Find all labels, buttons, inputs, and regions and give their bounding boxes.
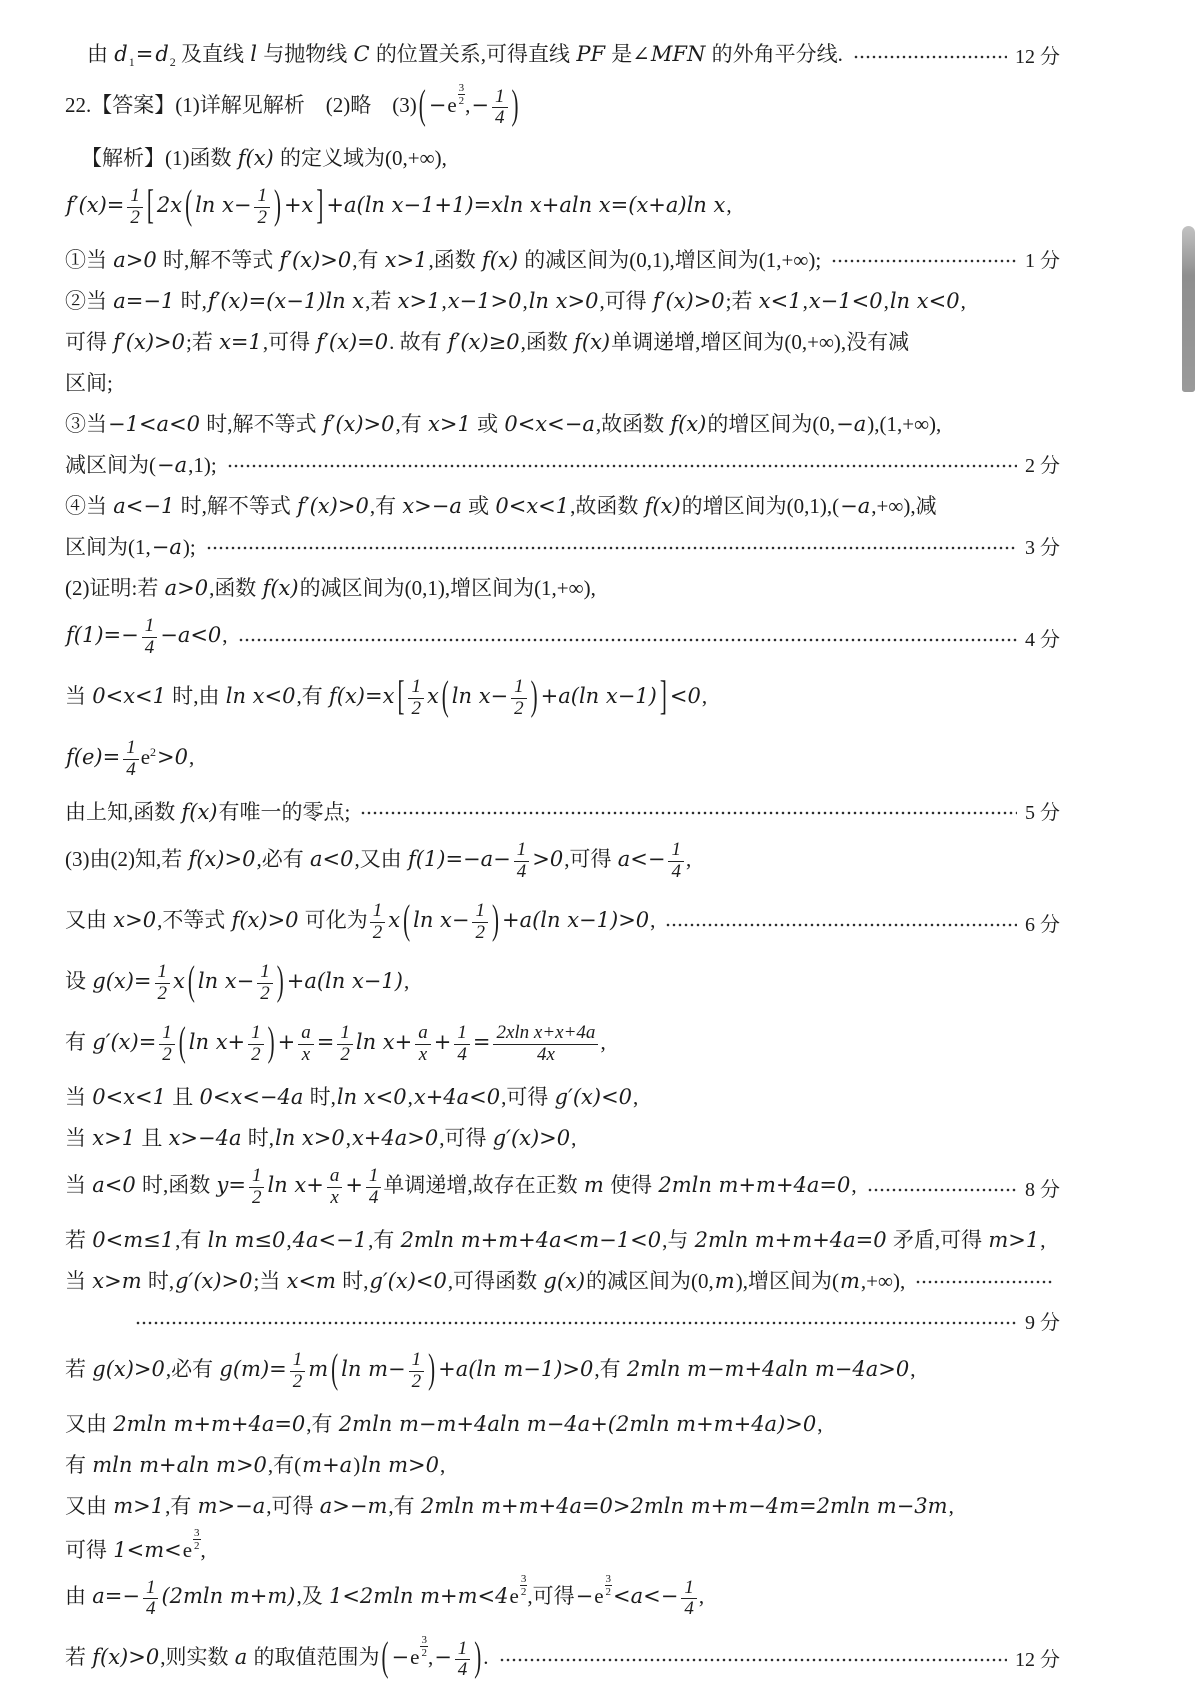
math-run: 2mln m+m+4a=0>2mln m+m−4m=2mln m−3m: [420, 1494, 949, 1518]
solution-line: 当 0<x<1 时,由 ln x<0,有 f(x)=x[12x(ln x−12)…: [65, 668, 1060, 729]
text-run: ,+∞),: [861, 1269, 905, 1293]
math-run: +: [433, 1030, 453, 1054]
math-run: m>−a: [197, 1494, 267, 1518]
fraction: 12: [511, 677, 527, 719]
math-run: ln x−: [451, 684, 509, 708]
text-run: ,: [404, 969, 409, 993]
fraction: 12: [254, 186, 270, 228]
text-run: 由: [65, 1584, 91, 1608]
text-run: ,: [201, 1538, 206, 1562]
math-run: ln x<0: [336, 1085, 408, 1109]
text-run: ,有: [396, 412, 428, 436]
line-content: 当 0<x<1 且 0<x<−4a 时,ln x<0,x+4a<0,可得 g′(…: [65, 1081, 638, 1111]
text-run: 当: [65, 684, 91, 708]
math-run: f(1)=−a−: [407, 847, 512, 871]
math-run: g(x): [542, 1269, 586, 1293]
math-run: e: [183, 1538, 192, 1562]
math-run: f′(x)>0: [112, 330, 186, 354]
text-run: 若: [65, 1645, 91, 1669]
math-run: g′(x)<0: [554, 1085, 633, 1109]
text-run: . 故有: [389, 330, 447, 354]
big-delimiter: [: [397, 672, 404, 721]
math-run: −: [575, 1584, 595, 1608]
math-run: a<0: [91, 1173, 136, 1197]
math-run: 2mln m+m+4a=0: [112, 1412, 306, 1436]
math-run: +: [277, 1030, 297, 1054]
math-run: x>1: [427, 412, 472, 436]
math-run: f′(x)>0: [296, 494, 370, 518]
text-run: 单调递增,故存在正数: [383, 1173, 583, 1197]
line-content: ④当 a<−1 时,解不等式 f′(x)>0,有 x>−a 或 0<x<1,故函…: [65, 490, 937, 520]
dotted-leader: [831, 254, 1017, 268]
text-run: ,若: [365, 289, 397, 313]
line-content: 由 a=−14(2mln m+m),及 1<2mln m+m<4e32,可得−e…: [65, 1573, 704, 1619]
solution-line: 若 g(x)>0,必有 g(m)=12m(ln m−12)+a(ln m−1)>…: [65, 1341, 1060, 1402]
text-run: 区间为(1,: [65, 535, 151, 559]
big-delimiter: ): [492, 896, 499, 945]
gray-scan-bar: [1182, 226, 1195, 392]
solution-line: f(1)=−14−a<0,4 分: [65, 607, 1060, 668]
text-run: 由上知,函数: [65, 800, 181, 824]
text-run: ,故函数: [596, 412, 670, 436]
text-run: 当: [65, 1173, 91, 1197]
math-run: +a(ln x−1)>0: [501, 908, 650, 932]
text-run: ④当: [65, 494, 112, 518]
text-run: 【答案】(1)详解见解析 (2)略 (3): [91, 93, 416, 117]
solution-line: 由上知,函数 f(x)有唯一的零点;5 分: [65, 790, 1060, 831]
math-run: <a<−: [612, 1584, 679, 1608]
math-run: 0<m≤1: [91, 1228, 175, 1252]
text-run: 或: [463, 494, 495, 518]
math-run: f(x): [237, 146, 275, 170]
math-run: x+4a<0: [413, 1085, 501, 1109]
text-run: ,可得: [439, 1126, 492, 1150]
fraction: 14: [455, 1639, 471, 1681]
math-run: +: [344, 1173, 364, 1197]
text-run: ,: [440, 1453, 445, 1477]
math-run: f(x): [481, 248, 519, 272]
math-run: x−1>0: [447, 289, 523, 313]
math-run: f′(x)>0: [278, 248, 352, 272]
math-run: f(x)>0: [231, 908, 300, 932]
line-content: (3)由(2)知,若 f(x)>0,必有 a<0,又由 f(1)=−a−14>0…: [65, 840, 691, 882]
fraction: ax: [327, 1166, 343, 1208]
math-run: a<−: [617, 847, 667, 871]
dotted-leader: [665, 918, 1017, 932]
math-run: f(x): [644, 494, 682, 518]
big-delimiter: (: [331, 1345, 338, 1394]
fraction: 12: [248, 1023, 264, 1065]
text-run: 的外角平分线.: [706, 42, 843, 66]
solution-line: 又由 m>1,有 m>−a,可得 a>−m,有 2mln m+m+4a=0>2m…: [65, 1484, 1060, 1525]
math-run: ln x>0: [274, 1126, 346, 1150]
math-run: a<−1: [112, 494, 175, 518]
math-run: −a: [839, 494, 871, 518]
solution-line: 区间为(1,−a);3 分: [65, 525, 1060, 566]
math-run: PF: [575, 42, 606, 66]
solution-line: (2)证明:若 a>0,函数 f(x)的减区间为(0,1),增区间为(1,+∞)…: [65, 566, 1060, 607]
math-run: l: [249, 42, 258, 66]
text-run: 的减区间为(0,1),增区间为(1,+∞);: [519, 248, 821, 272]
text-run: .: [483, 1645, 488, 1669]
solution-line: 又由 2mln m+m+4a=0,有 2mln m−m+4aln m−4a+(2…: [65, 1402, 1060, 1443]
superscript-fraction: 32: [605, 1573, 613, 1598]
solution-line: ①当 a>0 时,解不等式 f′(x)>0,有 x>1,函数 f(x) 的减区间…: [65, 238, 1060, 279]
solution-line: f′(x)=12[2x(ln x−12)+x]+a(ln x−1+1)=xln …: [65, 177, 1060, 238]
math-run: ln x>0: [528, 289, 600, 313]
math-run: m+a: [301, 1453, 353, 1477]
math-run: x<1: [758, 289, 803, 313]
text-run: 又由: [65, 1494, 112, 1518]
fraction: 12: [408, 677, 424, 719]
solution-line: 由 a=−14(2mln m+m),及 1<2mln m+m<4e32,可得−e…: [65, 1566, 1060, 1627]
math-run: g′(x)=: [91, 1030, 157, 1054]
text-run: ,故函数: [570, 494, 644, 518]
text-run: 使得: [605, 1173, 658, 1197]
solution-line: 可得 f′(x)>0;若 x=1,可得 f′(x)=0. 故有 f′(x)≥0,…: [65, 320, 1060, 361]
math-run: 2mln m+m+4a<m−1<0: [400, 1228, 663, 1252]
math-run: C: [352, 42, 370, 66]
text-run: 若: [65, 1228, 91, 1252]
text-run: ,: [571, 1126, 576, 1150]
text-run: ,: [633, 1085, 638, 1109]
math-run: f(x): [573, 330, 611, 354]
math-run: g′(x)>0: [174, 1269, 253, 1293]
text-run: 【解析】(1)函数: [81, 146, 237, 170]
solution-text-block: 由 d1=d2 及直线 l 与抛物线 C 的位置关系,可得直线 PF 是∠MFN…: [65, 34, 1060, 1688]
text-run: 又由: [65, 1412, 112, 1436]
line-content: 可得 f′(x)>0;若 x=1,可得 f′(x)=0. 故有 f′(x)≥0,…: [65, 326, 909, 356]
math-run: ln m≤0: [207, 1228, 287, 1252]
line-content: 又由 2mln m+m+4a=0,有 2mln m−m+4aln m−4a+(2…: [65, 1408, 822, 1438]
score-label: 4 分: [1025, 623, 1060, 652]
dotted-leader: [915, 1275, 1052, 1289]
math-run: a=−1: [112, 289, 175, 313]
math-run: ln x<0: [889, 289, 961, 313]
math-run: −: [391, 1645, 411, 1669]
text-run: ,可得: [266, 1494, 319, 1518]
fraction: 12: [127, 186, 143, 228]
line-content: 有 g′(x)=12(ln x+12)+ax=12ln x+ax+14=2xln…: [65, 1023, 606, 1065]
text-run: 单调递增,增区间为(0,+∞),没有减: [611, 330, 909, 354]
solution-line: 可得 1<m<e32,: [65, 1525, 1060, 1566]
solution-line: 有 g′(x)=12(ln x+12)+ax=12ln x+ax+14=2xln…: [65, 1014, 1060, 1075]
math-run: mln m+aln m>0: [91, 1453, 268, 1477]
solution-line: ④当 a<−1 时,解不等式 f′(x)>0,有 x>−a 或 0<x<1,故函…: [65, 484, 1060, 525]
text-run: ,有: [352, 248, 384, 272]
math-run: ln x−: [197, 969, 255, 993]
big-delimiter: ): [531, 672, 538, 721]
text-run: 有: [65, 1030, 91, 1054]
big-delimiter: ): [474, 1634, 481, 1683]
solution-line: 若 f(x)>0,则实数 a 的取值范围为(−e32,−14).12 分: [65, 1627, 1060, 1688]
math-run: f(x): [669, 412, 707, 436]
math-run: x>−a: [401, 494, 463, 518]
math-run: 2mln m+m+4a=0: [657, 1173, 851, 1197]
math-run: e: [510, 1584, 519, 1608]
dotted-leader: [238, 633, 1017, 647]
math-run: e: [141, 745, 150, 769]
math-run: 2x: [156, 193, 183, 217]
solution-line: ③当−1<a<0 时,解不等式 f′(x)>0,有 x>1 或 0<x<−a,故…: [65, 402, 1060, 443]
solution-line: ②当 a=−1 时,f′(x)=(x−1)ln x,若 x>1,x−1>0,ln…: [65, 279, 1060, 320]
text-run: ,函数: [521, 330, 574, 354]
line-content: 设 g(x)=12x(ln x−12)+a(ln x−1),: [65, 962, 409, 1004]
math-run: x+4a>0: [351, 1126, 439, 1150]
text-run: ,可得: [263, 330, 316, 354]
math-run: MFN: [650, 42, 706, 66]
text-run: ,有(: [268, 1453, 301, 1477]
line-content: 当 x>1 且 x>−4a 时,ln x>0,x+4a>0,可得 g′(x)>0…: [65, 1122, 576, 1152]
big-delimiter: ]: [660, 672, 667, 721]
fraction: 12: [337, 1023, 353, 1065]
math-run: x<m: [286, 1269, 337, 1293]
line-content: (2)证明:若 a>0,函数 f(x)的减区间为(0,1),增区间为(1,+∞)…: [65, 572, 596, 602]
fraction: 12: [159, 1023, 175, 1065]
score-label: 12 分: [1015, 1643, 1060, 1672]
fraction: 14: [366, 1166, 382, 1208]
text-run: ,: [910, 1357, 915, 1381]
math-run: +x: [283, 193, 314, 217]
math-run: x: [172, 969, 186, 993]
math-run: 2mln m−m+4aln m−4a+(2mln m+m+4a)>0: [338, 1412, 817, 1436]
line-content: 区间为(1,−a);: [65, 531, 196, 561]
text-run: 的位置关系,可得直线: [371, 42, 576, 66]
score-label: 6 分: [1025, 908, 1060, 937]
text-run: ,: [702, 684, 707, 708]
text-run: ,必有: [166, 1357, 219, 1381]
math-run: ln x<0: [225, 684, 297, 708]
math-run: e: [447, 93, 456, 117]
text-run: ),增区间为(: [736, 1269, 839, 1293]
math-run: f(x)>0: [91, 1645, 160, 1669]
line-content: f(e)=14e2>0,: [65, 738, 194, 780]
math-run: f(x): [181, 800, 219, 824]
line-content: 由 d1=d2 及直线 l 与抛物线 C 的位置关系,可得直线 PF 是∠MFN…: [87, 38, 843, 70]
big-delimiter: (: [419, 82, 426, 131]
solution-line: 22.【答案】(1)详解见解析 (2)略 (3)(−e32,−14): [65, 75, 1060, 136]
math-run: a: [234, 1645, 249, 1669]
dotted-leader: [867, 1183, 1017, 1197]
superscript-fraction: 32: [420, 1634, 428, 1659]
fraction: 14: [123, 738, 139, 780]
text-run: 当: [65, 1269, 91, 1293]
text-run: (2)证明:若: [65, 576, 164, 600]
solution-line: 当 0<x<1 且 0<x<−4a 时,ln x<0,x+4a<0,可得 g′(…: [65, 1075, 1060, 1116]
math-run: ln x−: [412, 908, 470, 932]
line-content: 有 mln m+aln m>0,有(m+a)ln m>0,: [65, 1449, 445, 1479]
text-run: 及直线: [176, 42, 250, 66]
math-run: 0<x<−a: [503, 412, 596, 436]
math-run: =: [316, 1030, 336, 1054]
text-run: 的增区间为(0,: [707, 412, 835, 436]
math-run: 0<x<1: [494, 494, 570, 518]
math-run: >0: [531, 847, 564, 871]
math-run: f(x): [262, 576, 300, 600]
fraction: 14: [143, 1578, 159, 1620]
text-run: 是∠: [606, 42, 650, 66]
solution-line: f(e)=14e2>0,: [65, 729, 1060, 790]
big-delimiter: (: [188, 957, 195, 1006]
math-run: x>1: [91, 1126, 136, 1150]
math-run: ln m>0: [360, 1453, 440, 1477]
math-run: x>1: [384, 248, 429, 272]
text-run: );: [183, 535, 196, 559]
text-run: ;若: [726, 289, 758, 313]
text-run: 设: [65, 969, 91, 993]
text-run: ,必有: [256, 847, 309, 871]
text-run: ,与: [662, 1228, 694, 1252]
math-run: m>1: [112, 1494, 165, 1518]
score-label: 5 分: [1025, 796, 1060, 825]
dotted-leader: [499, 1653, 1007, 1667]
math-run: −: [428, 93, 448, 117]
math-run: m: [714, 1269, 736, 1293]
text-run: ,1);: [188, 453, 217, 477]
math-run: f′(x)=: [65, 193, 125, 217]
fraction: 14: [514, 840, 530, 882]
math-run: x−1<0: [808, 289, 884, 313]
math-run: g′(x)>0: [492, 1126, 571, 1150]
solution-line: 区间;: [65, 361, 1060, 402]
math-run: g(x)=: [91, 969, 152, 993]
text-run: ;当: [254, 1269, 286, 1293]
text-run: ,: [949, 1494, 954, 1518]
text-run: 时,: [337, 1269, 369, 1293]
text-run: 又由: [65, 908, 112, 932]
text-run: 且: [167, 1085, 199, 1109]
solution-line: 若 0<m≤1,有 ln m≤0,4a<−1,有 2mln m+m+4a<m−1…: [65, 1218, 1060, 1259]
math-run: e: [594, 1584, 603, 1608]
text-run: 减区间为(: [65, 453, 156, 477]
solution-line: 当 x>m 时,g′(x)>0;当 x<m 时,g′(x)<0,可得函数 g(x…: [65, 1259, 1060, 1300]
text-run: 由: [87, 42, 113, 66]
fraction: 12: [290, 1350, 306, 1392]
math-run: m: [583, 1173, 605, 1197]
text-run: ,可得函数: [448, 1269, 543, 1293]
solution-line: 当 a<0 时,函数 y=12ln x+ax+14单调递增,故存在正数 m 使得…: [65, 1157, 1060, 1218]
math-run: m>1: [987, 1228, 1040, 1252]
text-run: 或: [472, 412, 504, 436]
math-run: x: [426, 684, 440, 708]
text-run: ,: [726, 193, 731, 217]
line-content: 可得 1<m<e32,: [65, 1527, 206, 1564]
text-run: 的减区间为(0,1),增区间为(1,+∞),: [300, 576, 596, 600]
score-label: 3 分: [1025, 531, 1060, 560]
subscript: 1: [129, 56, 135, 70]
text-run: ),(1,+∞),: [867, 412, 941, 436]
text-run: 区间;: [65, 371, 113, 395]
text-run: 22.: [65, 93, 91, 117]
fraction: 12: [370, 901, 386, 943]
big-delimiter: ): [277, 957, 284, 1006]
line-content: f′(x)=12[2x(ln x−12)+x]+a(ln x−1+1)=xln …: [65, 186, 732, 228]
text-run: ,函数: [209, 576, 262, 600]
solution-line: 有 mln m+aln m>0,有(m+a)ln m>0,: [65, 1443, 1060, 1484]
text-run: ③当: [65, 412, 107, 436]
solution-line: 9 分: [65, 1300, 1060, 1341]
text-run: ,又由: [354, 847, 407, 871]
text-run: ,则实数: [160, 1645, 234, 1669]
text-run: ,不等式: [157, 908, 231, 932]
line-content: 若 0<m≤1,有 ln m≤0,4a<−1,有 2mln m+m+4a<m−1…: [65, 1224, 1046, 1254]
fraction: 14: [668, 840, 684, 882]
line-content: 当 x>m 时,g′(x)>0;当 x<m 时,g′(x)<0,可得函数 g(x…: [65, 1265, 905, 1295]
text-run: ,及: [296, 1584, 328, 1608]
text-run: 当: [65, 1085, 91, 1109]
text-run: ,: [961, 289, 966, 313]
fraction: 12: [257, 962, 273, 1004]
text-run: 时,: [304, 1085, 336, 1109]
math-run: (2mln m+m): [160, 1584, 296, 1608]
text-run: ,有: [296, 684, 328, 708]
text-run: 时,函数: [137, 1173, 216, 1197]
text-run: ,: [699, 1584, 704, 1608]
math-run: x: [387, 908, 401, 932]
text-run: ,: [522, 289, 527, 313]
math-run: 0<x<−4a: [199, 1085, 305, 1109]
fraction: 2xln x+x+4a4x: [493, 1023, 598, 1065]
text-run: 的减区间为(0,: [586, 1269, 714, 1293]
text-run: 若: [65, 1357, 91, 1381]
text-run: ①当: [65, 248, 112, 272]
text-run: ,: [441, 289, 446, 313]
math-run: +a(ln x−1+1)=xln x+aln x=(x+a)ln x: [325, 193, 726, 217]
math-run: f(x)=x: [328, 684, 395, 708]
line-content: 若 f(x)>0,则实数 a 的取值范围为(−e32,−14).: [65, 1634, 489, 1680]
math-run: a<0: [309, 847, 354, 871]
text-run: ,有: [594, 1357, 626, 1381]
math-run: f(e)=: [65, 745, 121, 769]
math-run: d: [113, 42, 128, 66]
text-run: 与抛物线: [258, 42, 353, 66]
text-run: ,有: [388, 1494, 420, 1518]
math-run: m: [307, 1357, 329, 1381]
line-content: ①当 a>0 时,解不等式 f′(x)>0,有 x>1,函数 f(x) 的减区间…: [65, 244, 821, 274]
math-run: g′(x)<0: [368, 1269, 447, 1293]
text-run: ,: [851, 1173, 856, 1197]
dotted-leader: [135, 1316, 1017, 1330]
fraction: ax: [415, 1023, 431, 1065]
text-run: 时,解不等式: [158, 248, 279, 272]
text-run: 的定义域为(0,+∞),: [275, 146, 447, 170]
solution-line: 当 x>1 且 x>−4a 时,ln x>0,x+4a>0,可得 g′(x)>0…: [65, 1116, 1060, 1157]
big-delimiter: (: [382, 1634, 389, 1683]
fraction: ax: [298, 1023, 314, 1065]
math-run: 1<m<: [112, 1538, 182, 1562]
text-run: ,有: [165, 1494, 197, 1518]
math-run: x>1: [397, 289, 442, 313]
big-delimiter: (: [442, 672, 449, 721]
score-label: 9 分: [1025, 1306, 1060, 1335]
dotted-leader: [360, 806, 1017, 820]
line-content: 当 0<x<1 时,由 ln x<0,有 f(x)=x[12x(ln x−12)…: [65, 677, 707, 719]
math-run: 2mln m+m+4a=0: [694, 1228, 888, 1252]
math-run: f′(x)>0: [322, 412, 396, 436]
math-run: f′(x)>0: [652, 289, 726, 313]
line-content: 【解析】(1)函数 f(x) 的定义域为(0,+∞),: [81, 142, 447, 172]
text-run: ②当: [65, 289, 112, 313]
math-run: f′(x)=(x−1)ln x: [207, 289, 365, 313]
line-content: 减区间为(−a,1);: [65, 449, 217, 479]
line-content: f(1)=−14−a<0,: [65, 616, 228, 658]
math-run: d: [154, 42, 169, 66]
text-run: 可得: [65, 330, 112, 354]
text-run: 时,: [175, 289, 207, 313]
math-run: −: [433, 1645, 453, 1669]
math-run: <0: [669, 684, 702, 708]
big-delimiter: ): [428, 1345, 435, 1394]
